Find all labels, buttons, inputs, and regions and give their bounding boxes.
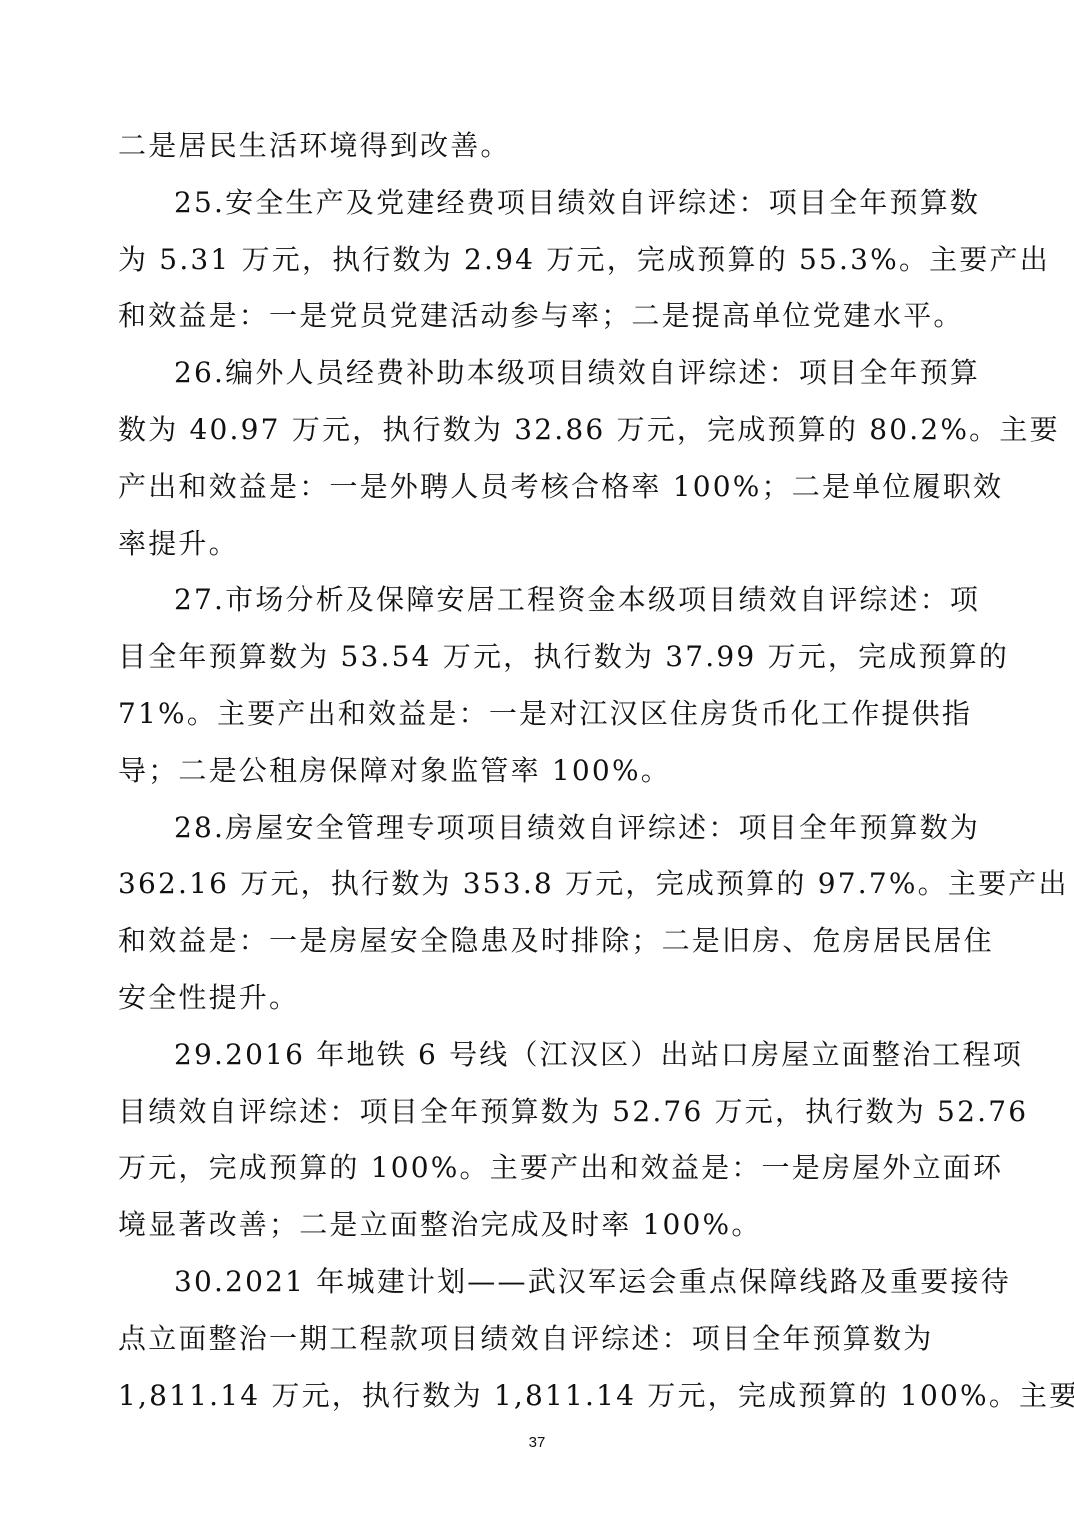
page-number: 37 <box>0 1434 1074 1451</box>
paragraph-item-30: 30.2021 年城建计划——武汉军运会重点保障线路及重要接待 点立面整治一期工… <box>118 1254 958 1424</box>
text-line: 和效益是：一是党员党建活动参与率；二是提高单位党建水平。 <box>118 288 958 345</box>
text-line: 目绩效自评综述：项目全年预算数为 52.76 万元，执行数为 52.76 <box>118 1084 958 1141</box>
text-line: 境显著改善；二是立面整治完成及时率 100%。 <box>118 1197 958 1254</box>
paragraph-item-27: 27.市场分析及保障安居工程资金本级项目绩效自评综述：项 目全年预算数为 53.… <box>118 572 958 799</box>
paragraph-continuation: 二是居民生活环境得到改善。 <box>118 118 958 175</box>
text-line: 产出和效益是：一是外聘人员考核合格率 100%；二是单位履职效 <box>118 459 958 516</box>
text-line: 29.2016 年地铁 6 号线（江汉区）出站口房屋立面整治工程项 <box>118 1027 958 1084</box>
text-line: 26.编外人员经费补助本级项目绩效自评综述：项目全年预算 <box>118 345 958 402</box>
paragraph-item-25: 25.安全生产及党建经费项目绩效自评综述：项目全年预算数 为 5.31 万元，执… <box>118 175 958 345</box>
text-line: 30.2021 年城建计划——武汉军运会重点保障线路及重要接待 <box>118 1254 958 1311</box>
paragraph-item-26: 26.编外人员经费补助本级项目绩效自评综述：项目全年预算 数为 40.97 万元… <box>118 345 958 572</box>
text-line: 1,811.14 万元，执行数为 1,811.14 万元，完成预算的 100%。… <box>118 1368 958 1425</box>
text-line: 点立面整治一期工程款项目绩效自评综述：项目全年预算数为 <box>118 1311 958 1368</box>
text-line: 导；二是公租房保障对象监管率 100%。 <box>118 743 958 800</box>
text-line: 万元，完成预算的 100%。主要产出和效益是：一是房屋外立面环 <box>118 1140 958 1197</box>
text-line: 和效益是：一是房屋安全隐患及时排除；二是旧房、危房居民居住 <box>118 913 958 970</box>
text-line: 27.市场分析及保障安居工程资金本级项目绩效自评综述：项 <box>118 572 958 629</box>
text-line: 安全性提升。 <box>118 970 958 1027</box>
text-line: 71%。主要产出和效益是：一是对江汉区住房货币化工作提供指 <box>118 686 958 743</box>
text-line: 数为 40.97 万元，执行数为 32.86 万元，完成预算的 80.2%。主要 <box>118 402 958 459</box>
text-line: 25.安全生产及党建经费项目绩效自评综述：项目全年预算数 <box>118 175 958 232</box>
text-line: 二是居民生活环境得到改善。 <box>118 118 958 175</box>
text-line: 362.16 万元，执行数为 353.8 万元，完成预算的 97.7%。主要产出 <box>118 856 958 913</box>
text-line: 28.房屋安全管理专项项目绩效自评综述：项目全年预算数为 <box>118 800 958 857</box>
text-line: 目全年预算数为 53.54 万元，执行数为 37.99 万元，完成预算的 <box>118 629 958 686</box>
paragraph-item-29: 29.2016 年地铁 6 号线（江汉区）出站口房屋立面整治工程项 目绩效自评综… <box>118 1027 958 1254</box>
document-page: 二是居民生活环境得到改善。 25.安全生产及党建经费项目绩效自评综述：项目全年预… <box>118 118 958 1424</box>
paragraph-item-28: 28.房屋安全管理专项项目绩效自评综述：项目全年预算数为 362.16 万元，执… <box>118 800 958 1027</box>
text-line: 为 5.31 万元，执行数为 2.94 万元，完成预算的 55.3%。主要产出 <box>118 232 958 289</box>
text-line: 率提升。 <box>118 516 958 573</box>
